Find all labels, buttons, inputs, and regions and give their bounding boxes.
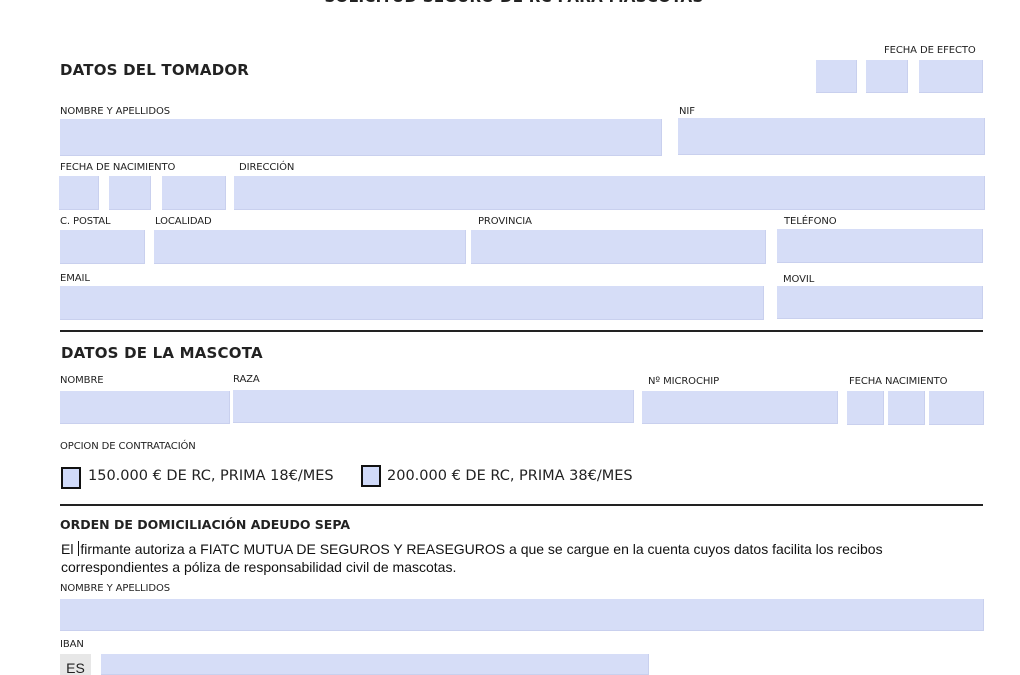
fecha-nacimiento-mascota-day-field[interactable] [847,391,884,425]
iban-label: IBAN [60,639,84,650]
document-title: SOLICITUD SEGURO DE RC PARA MASCOTAS [0,0,1020,6]
localidad-field[interactable] [154,230,466,264]
email-field[interactable] [60,286,764,320]
nombre-sepa-field[interactable] [60,599,984,631]
microchip-field[interactable] [642,391,838,424]
nif-field[interactable] [678,118,985,155]
option-200000-label: 200.000 € DE RC, PRIMA 38€/MES [387,468,633,484]
provincia-label: PROVINCIA [478,216,532,227]
cpostal-field[interactable] [60,230,145,264]
fecha-nacimiento-mascota-month-field[interactable] [888,391,925,425]
fecha-efecto-month-field[interactable] [866,60,908,93]
fecha-nacimiento-tomador-label: FECHA DE NACIMIENTO [60,162,175,173]
movil-label: MOVIL [783,274,814,285]
nombre-mascota-field[interactable] [60,391,230,424]
localidad-label: LOCALIDAD [155,216,212,227]
microchip-label: Nº MICROCHIP [648,376,719,387]
email-label: EMAIL [60,273,90,284]
telefono-field[interactable] [777,229,983,263]
nombre-mascota-label: NOMBRE [60,375,104,386]
movil-field[interactable] [777,286,983,319]
fecha-nacimiento-mascota-year-field[interactable] [929,391,984,425]
provincia-field[interactable] [471,230,766,264]
sepa-authorization-text: El firmante autoriza a FIATC MUTUA DE SE… [61,540,986,576]
section-title-tomador: DATOS DEL TOMADOR [60,61,249,79]
option-150000-checkbox[interactable] [61,467,81,489]
nombre-sepa-label: NOMBRE Y APELLIDOS [60,583,170,594]
section-divider [60,504,983,506]
fecha-efecto-label: FECHA DE EFECTO [884,45,976,56]
section-title-mascota: DATOS DE LA MASCOTA [61,344,263,362]
telefono-label: TELÉFONO [784,216,837,227]
cpostal-label: C. POSTAL [60,216,110,227]
option-150000-label: 150.000 € DE RC, PRIMA 18€/MES [88,468,334,484]
sepa-text-rest: firmante autoriza a FIATC MUTUA DE SEGUR… [61,541,883,575]
direccion-field[interactable] [234,176,985,210]
fecha-efecto-year-field[interactable] [919,60,983,93]
fecha-efecto-day-field[interactable] [816,60,857,93]
opcion-contratacion-label: OPCION DE CONTRATACIÓN [60,441,196,452]
section-title-sepa: ORDEN DE DOMICILIACIÓN ADEUDO SEPA [60,517,350,532]
fecha-nacimiento-tomador-day-field[interactable] [59,176,99,210]
fecha-nacimiento-tomador-month-field[interactable] [109,176,151,210]
raza-label: RAZA [233,374,260,385]
option-200000-checkbox[interactable] [361,465,381,487]
iban-field[interactable] [101,654,649,675]
direccion-label: DIRECCIÓN [239,162,294,173]
nombre-tomador-field[interactable] [60,119,662,156]
nif-label: NIF [679,106,695,117]
fecha-nacimiento-tomador-year-field[interactable] [162,176,226,210]
insurance-form-page: SOLICITUD SEGURO DE RC PARA MASCOTAS DAT… [0,0,1020,675]
fecha-nacimiento-mascota-label: FECHA NACIMIENTO [849,376,947,387]
nombre-tomador-label: NOMBRE Y APELLIDOS [60,106,170,117]
raza-field[interactable] [233,390,634,423]
iban-country-prefix: ES [60,654,91,675]
section-divider [60,330,983,332]
sepa-text-start: El [61,541,77,557]
